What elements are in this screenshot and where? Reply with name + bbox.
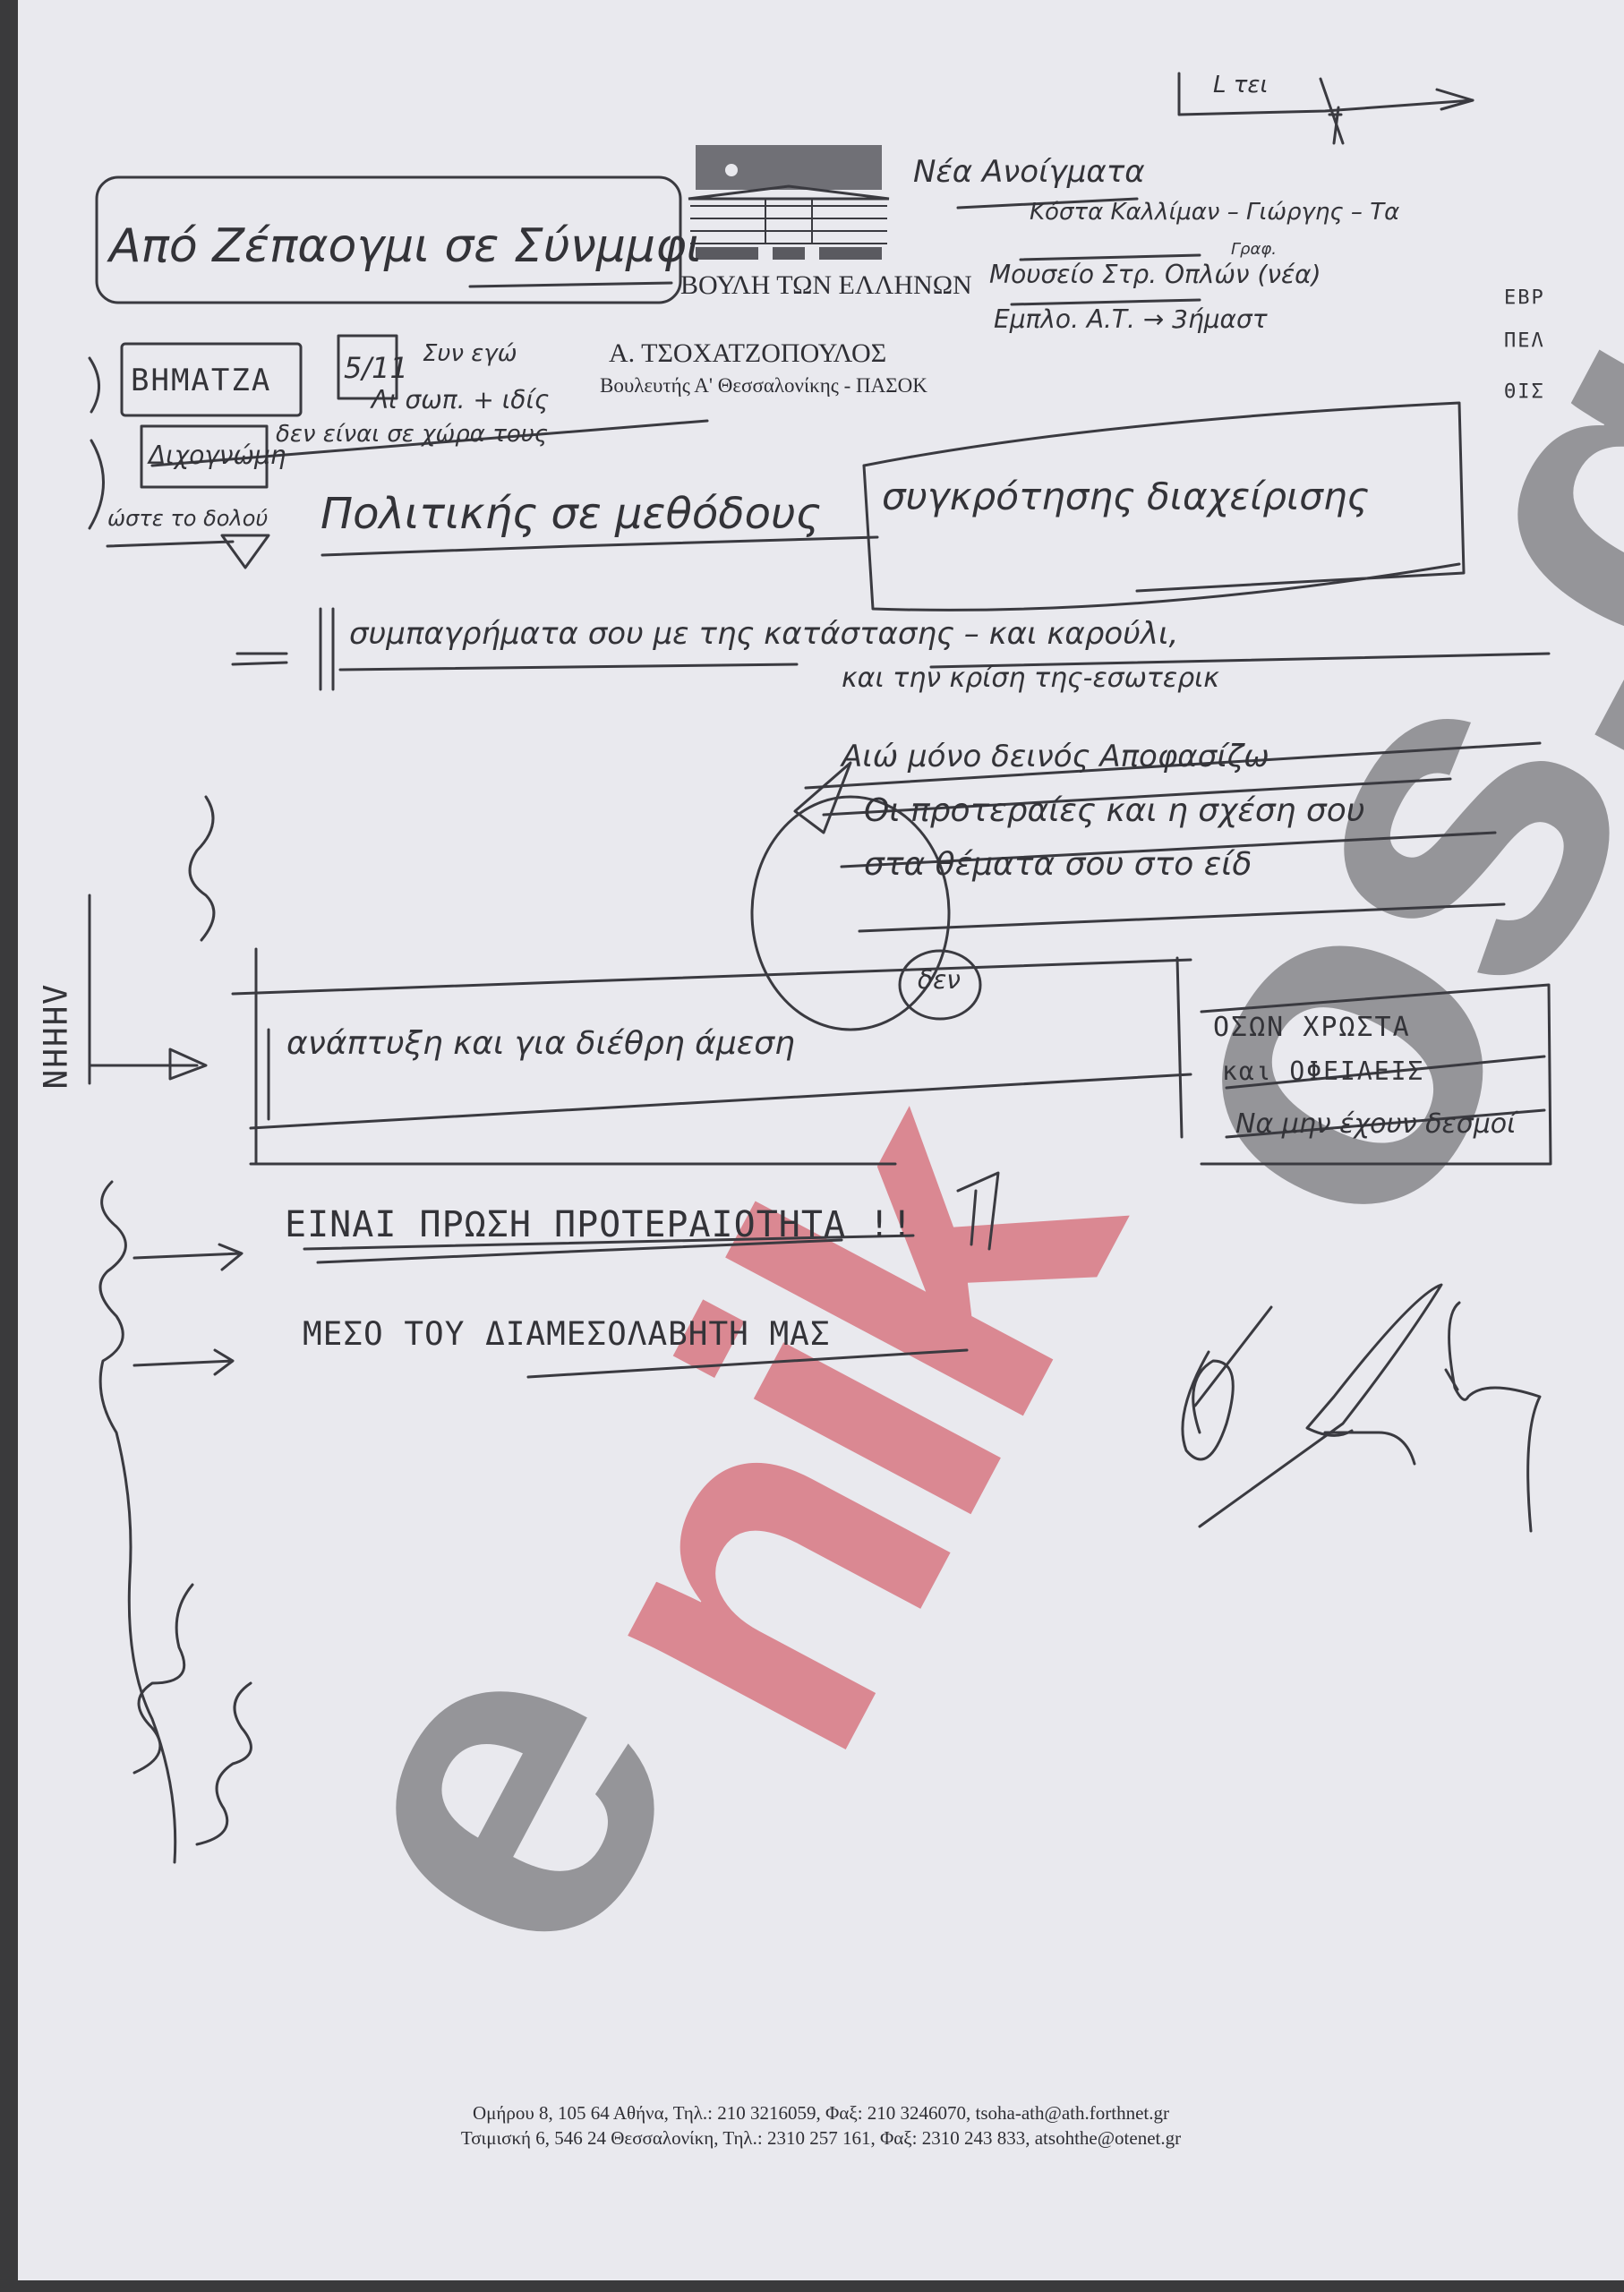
hw-list-line-1: Κόστα Καλλίμαν – Γιώργης – Τα — [1030, 199, 1399, 226]
hw-left-vertical: ΛΗΗΗΝ — [35, 985, 72, 1090]
watermark-nik: nik — [483, 1048, 1185, 1813]
hw-block-line-3: στα θέματα σου στο είδ — [864, 846, 1252, 883]
hw-politics-line: Πολιτικής σε μεθόδους — [321, 489, 821, 539]
hw-list-line-2-note: Γραφ. — [1231, 240, 1277, 259]
hw-top-right-mark: L τει — [1213, 72, 1268, 98]
hw-dilemma-box: Διχογνώμη — [149, 440, 286, 470]
footer-thessaloniki-address: Τσιμισκή 6, 546 24 Θεσσαλονίκη, Τηλ.: 23… — [18, 2127, 1624, 2150]
hw-mediation: ΜΕΣΟ ΤΟΥ ΔΙΑΜΕΣΟΛΑΒΗΤΗ ΜΑΣ — [303, 1316, 831, 1353]
hw-bullet-1-line-1: συμπαγρήματα σου με της κατάστασης – και… — [349, 616, 1178, 652]
hw-side-box-2: και ΟΦΕΙΛΕΙΣ — [1222, 1056, 1424, 1086]
signature-icon — [1182, 1280, 1558, 1549]
hw-side-abbrev-2: ΠΕΛ — [1504, 329, 1545, 352]
hw-side-box-1: ΟΣΩΝ ΧΡΩΣΤΑ — [1213, 1012, 1411, 1043]
hw-box-heading: Από Ζέπαογμι σε Σύνμμφι — [109, 219, 702, 273]
hw-bullet-2: ανάπτυξη και για διέθρη άμεση — [286, 1025, 795, 1062]
hw-priority: ΕΙΝΑΙ ΠΡΩΣΗ ΠΡΟΤΕΡΑΙΟΤΗΤΑ !! — [285, 1204, 913, 1245]
hw-list-line-2: Μουσείο Στρ. Οπλών (νέα) — [989, 260, 1321, 289]
hw-side-abbrev-1: ΕΒΡ — [1504, 286, 1545, 309]
hw-new-openings: Νέα Ανοίγματα — [913, 154, 1145, 190]
hw-dilemma-tail: δεν είναι σε χώρα τους — [276, 421, 548, 448]
hw-date-box: 5/11 — [344, 351, 408, 385]
hw-after-date: Συν εγώ — [423, 340, 517, 367]
hw-block-line-2: Οι προτεραίες και η σχέση σου — [864, 792, 1365, 829]
member-name: Α. ΤΣΟΧΑΤΖΟΠΟΥΛΟΣ — [609, 338, 886, 369]
hw-left-small: ώστε το δολού — [107, 506, 268, 531]
footer-athens-address: Ομήρου 8, 105 64 Αθήνα, Τηλ.: 210 321605… — [18, 2102, 1624, 2125]
hw-vimatza: ΒΗΜΑΤΖΑ — [131, 363, 271, 398]
hw-side-box-3: Να μην έχουν δεσμοί — [1235, 1108, 1516, 1140]
scanned-document-page: e nik os.gr ΒΟΥΛΗ ΤΩΝ ΕΛΛΗΝΩΝ Α. ΤΣΟΧΑΤΖ… — [18, 0, 1624, 2280]
hw-under-date: Λι σωπ. + ιδίς — [372, 385, 549, 415]
hw-side-abbrev-3: ΘΙΣ — [1504, 381, 1545, 403]
parliament-building-icon — [687, 143, 891, 261]
institution-name: ΒΟΥΛΗ ΤΩΝ ΕΛΛΗΝΩΝ — [680, 270, 972, 301]
hw-block-line-1: Αιώ μόνο δεινός Αποφασίζω — [842, 739, 1269, 774]
hw-circled-word: δεν — [918, 965, 961, 995]
hw-bullet-1-line-2: και την κρίση της-εσωτερικ — [842, 663, 1219, 694]
hw-list-line-3: Εμπλο. Α.Τ. → 3ήμαστ — [994, 304, 1268, 334]
member-role: Βουλευτής Α' Θεσσαλονίκης - ΠΑΣΟΚ — [600, 374, 927, 398]
hw-box-right: συγκρότησης διαχείρισης — [882, 475, 1369, 518]
